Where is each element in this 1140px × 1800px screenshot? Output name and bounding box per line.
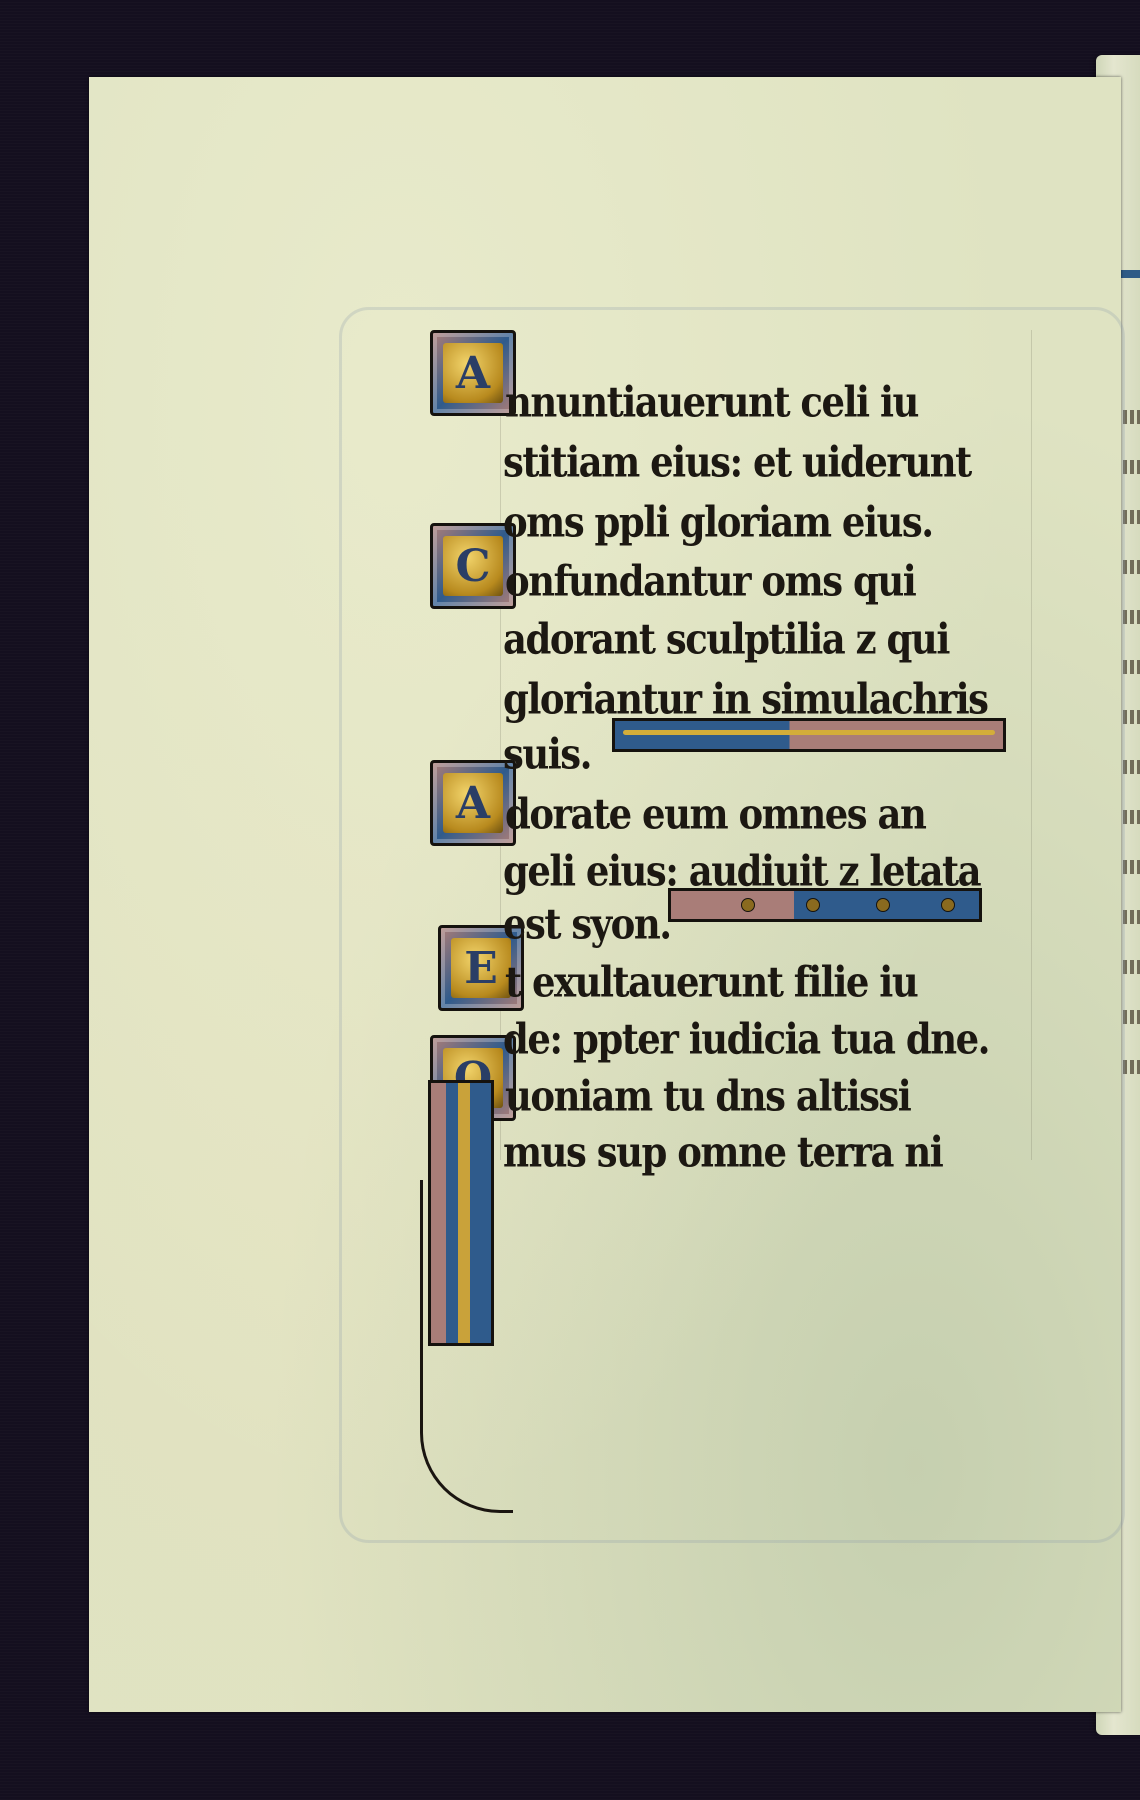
gold-dot — [941, 898, 955, 912]
illuminated-initial-a: A — [430, 330, 516, 416]
text-line: mus sup omne terra ni — [503, 1126, 942, 1177]
text-line: gloriantur in simulachris — [503, 673, 988, 724]
text-line: dorate eum omnes an — [505, 788, 925, 839]
gold-dot — [876, 898, 890, 912]
initial-q-pen-flourish — [420, 1180, 513, 1513]
initial-letter: C — [443, 536, 503, 596]
text-line: uoniam tu dns altissi — [505, 1070, 910, 1121]
gold-wave — [623, 730, 995, 735]
text-line: oms ppli gloriam eius. — [503, 496, 933, 547]
text-line: geli eius: audiuit z letata — [503, 845, 980, 896]
text-line: stitiam eius: et uiderunt — [503, 436, 971, 487]
text-line: onfundantur oms qui — [505, 555, 915, 606]
initial-letter: E — [451, 938, 511, 998]
gold-dot — [741, 898, 755, 912]
text-line: nnuntiauerunt celi iu — [505, 376, 918, 427]
text-line: adorant sculptilia z qui — [503, 613, 949, 664]
gold-dot — [806, 898, 820, 912]
initial-letter: A — [443, 773, 503, 833]
text-line: est syon. — [503, 898, 671, 949]
initial-letter: A — [443, 343, 503, 403]
text-line: de: ppter iudicia tua dne. — [503, 1013, 989, 1064]
text-line: t exultauerunt filie iu — [505, 956, 917, 1007]
text-line: suis. — [503, 728, 591, 779]
